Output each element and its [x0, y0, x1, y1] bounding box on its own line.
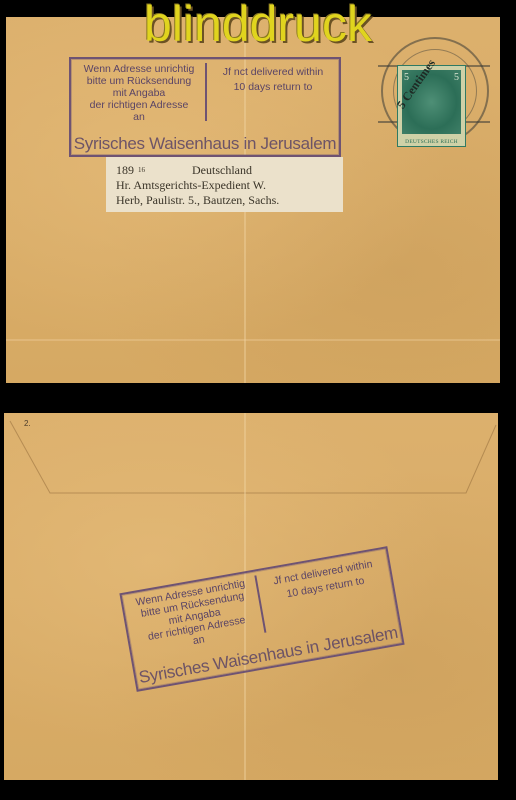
- stamp-line: Wenn Adresse unrichtig: [75, 63, 203, 75]
- envelope-flap: [4, 413, 498, 497]
- watermark-text: blinddruck: [0, 0, 516, 52]
- stamp-line: bitte um Rücksendung: [75, 75, 203, 87]
- address-line-2: Hr. Amtsgerichts-Expedient W.: [116, 178, 266, 192]
- envelope-front: 5 5 5 Centimes DEUTSCHES REICH Wenn Adre…: [6, 17, 500, 383]
- stamp-line: 10 days return to: [209, 80, 337, 95]
- stamp-line: Jf nct delivered within: [209, 65, 337, 80]
- return-address-handstamp: Wenn Adresse unrichtig bitte um Rücksend…: [119, 546, 404, 692]
- label-superscript: 16: [138, 166, 145, 174]
- stamp-country: DEUTSCHES REICH: [398, 139, 465, 145]
- stamp-value-right: 5: [454, 72, 459, 83]
- german-instructions: Wenn Adresse unrichtig bitte um Rücksend…: [126, 576, 262, 657]
- sender-name: Syrisches Waisenhaus in Jerusalem: [73, 135, 337, 153]
- english-instructions: Jf nct delivered within 10 days return t…: [259, 555, 390, 607]
- envelope-back: 2. Wenn Adresse unrichtig bitte um Rücks…: [4, 413, 498, 780]
- pencil-mark: 2.: [24, 419, 31, 428]
- stamp-line: an: [75, 111, 203, 123]
- address-label: 18916 Deutschland Hr. Amtsgerichts-Exped…: [106, 157, 343, 212]
- address-line-3: Herb, Paulistr. 5., Bautzen, Sachs.: [116, 193, 279, 207]
- german-instructions: Wenn Adresse unrichtig bitte um Rücksend…: [75, 63, 203, 123]
- postage-stamp: 5 5 5 Centimes DEUTSCHES REICH: [397, 65, 466, 147]
- fold-line: [6, 339, 500, 341]
- stamp-line: mit Angaba: [75, 87, 203, 99]
- stamp-divider: [205, 63, 207, 121]
- address-line-1: 18916 Deutschland: [116, 163, 252, 177]
- label-number: 189: [116, 163, 134, 177]
- return-address-handstamp: Wenn Adresse unrichtig bitte um Rücksend…: [69, 57, 341, 157]
- english-instructions: Jf nct delivered within 10 days return t…: [209, 65, 337, 95]
- label-country: Deutschland: [192, 163, 252, 177]
- stamp-line: der richtigen Adresse: [75, 99, 203, 111]
